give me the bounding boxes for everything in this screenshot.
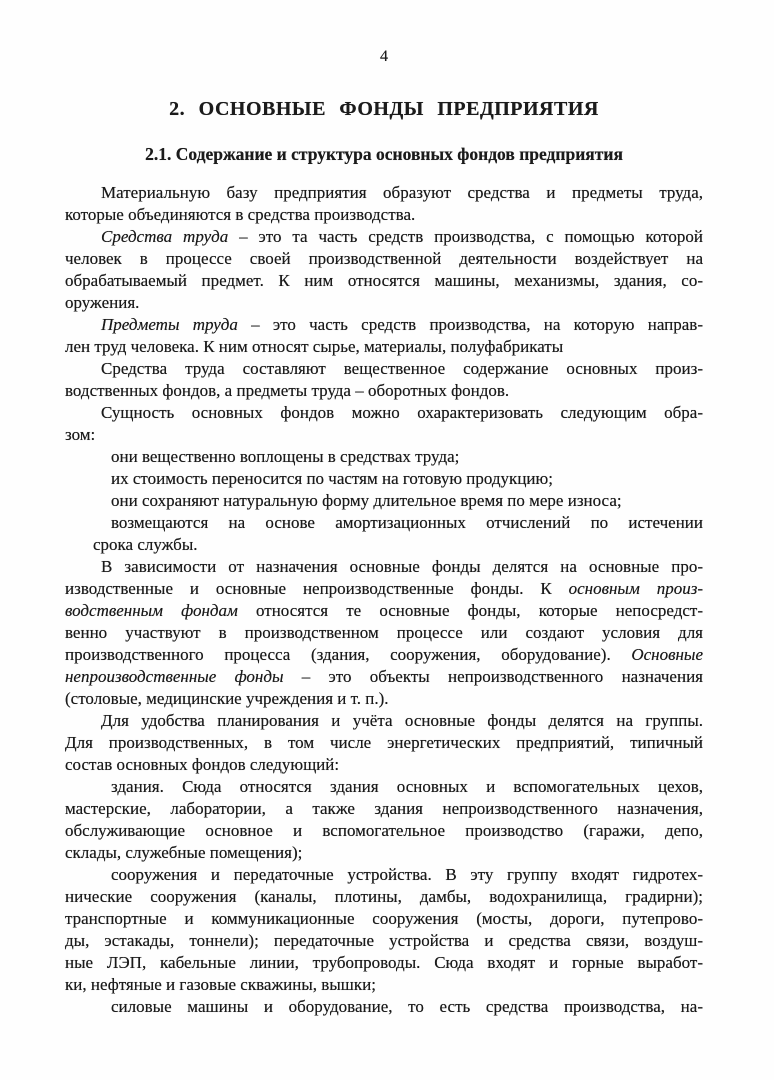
text-line: нические сооружения (каналы, плотины, да… [65,886,703,908]
text-line: Для производственных, в том числе энерге… [65,732,703,754]
text-line: мастерские, лаборатории, а также здания … [65,798,703,820]
list-item: сооружения и передаточные устройства. В … [65,864,703,996]
text-run: их стоимость переносится по частям на го… [111,469,553,488]
text-line: лен труд человека. К ним относят сырье, … [65,336,703,358]
text-run: ки, нефтяные и газовые скважины, вышки; [65,975,376,994]
text-run: относятся те основные фонды, которые неп… [238,601,703,620]
list-item: они вещественно воплощены в средствах тр… [65,446,703,468]
text-line: водственных фондов, а предметы труда – о… [65,380,703,402]
text-line: ды, эстакады, тоннели); передаточные уст… [65,930,703,952]
text-run: они сохраняют натуральную форму длительн… [111,491,622,510]
text-line: Предметы труда – это часть средств произ… [65,314,703,336]
italic-term: основным произ- [569,579,703,598]
text-run: обслуживающие основное и вспомогательное… [65,821,703,840]
italic-term: Предметы труда [101,315,238,334]
text-run: склады, служебные помещения); [65,843,302,862]
text-run: человек в процессе своей производственно… [65,249,703,268]
text-run: лен труд человека. К ним относят сырье, … [65,337,563,356]
page-number: 4 [65,46,703,68]
paragraph: Предметы труда – это часть средств произ… [65,314,703,358]
text-run: Для производственных, в том числе энерге… [65,733,703,752]
paragraph: Материальную базу предприятия образуют с… [65,182,703,226]
text-run: силовые машины и оборудование, то есть с… [111,997,703,1016]
text-line: которые объединяются в средства производ… [65,204,703,226]
text-run: Для удобства планирования и учёта основн… [101,711,703,730]
text-line: ки, нефтяные и газовые скважины, вышки; [65,974,703,996]
text-line: Материальную базу предприятия образуют с… [65,182,703,204]
text-line: оружения. [65,292,703,314]
text-line: Сущность основных фондов можно охарактер… [65,402,703,424]
text-run: Материальную базу предприятия образуют с… [101,183,703,202]
list-item: возмещаются на основе амортизационных от… [65,512,703,556]
text-line: зом: [65,424,703,446]
list-item: они сохраняют натуральную форму длительн… [65,490,703,512]
italic-term: Основные [631,645,703,664]
document-page: 4 2. ОСНОВНЫЕ ФОНДЫ ПРЕДПРИЯТИЯ 2.1. Сод… [0,0,774,1080]
text-line: водственным фондам относятся те основные… [65,600,703,622]
text-run: ды, эстакады, тоннели); передаточные уст… [65,931,703,950]
text-run: Сущность основных фондов можно охарактер… [101,403,703,422]
text-run: срока службы. [93,535,198,554]
text-run: состав основных фондов следующий: [65,755,339,774]
text-line: склады, служебные помещения); [65,842,703,864]
text-run: В зависимости от назначения основные фон… [101,557,703,576]
text-run: венно участвуют в производственном проце… [65,623,703,642]
text-run: которые объединяются в средства производ… [65,205,415,224]
italic-term: непроизводственные фонды [65,667,283,686]
paragraph: Сущность основных фондов можно охарактер… [65,402,703,446]
text-run: возмещаются на основе амортизационных от… [111,513,703,532]
text-run: зом: [65,425,95,444]
italic-term: водственным фондам [65,601,238,620]
list-item: здания. Сюда относятся здания основных и… [65,776,703,864]
text-run: водственных фондов, а предметы труда – о… [65,381,509,400]
text-line: они сохраняют натуральную форму длительн… [65,490,703,512]
text-line: производственного процесса (здания, соор… [65,644,703,666]
text-line: Средства труда составляют вещественное с… [65,358,703,380]
text-run: обрабатываемый предмет. К ним относятся … [65,271,703,290]
text-run: производственного процесса (здания, соор… [65,645,631,664]
italic-term: Средства труда [101,227,228,246]
chapter-heading: 2. ОСНОВНЫЕ ФОНДЫ ПРЕДПРИЯТИЯ [65,96,703,122]
text-line: Средства труда – это та часть средств пр… [65,226,703,248]
text-run: мастерские, лаборатории, а также здания … [65,799,703,818]
text-line: их стоимость переносится по частям на го… [65,468,703,490]
text-line: обслуживающие основное и вспомогательное… [65,820,703,842]
text-line: возмещаются на основе амортизационных от… [65,512,703,534]
paragraph: Для удобства планирования и учёта основн… [65,710,703,776]
text-run: Средства труда составляют вещественное с… [101,359,703,378]
text-line: изводственные и основные непроизводствен… [65,578,703,600]
text-run: сооружения и передаточные устройства. В … [111,865,703,884]
text-line: силовые машины и оборудование, то есть с… [65,996,703,1018]
text-line: (столовые, медицинские учреждения и т. п… [65,688,703,710]
list-item: их стоимость переносится по частям на го… [65,468,703,490]
page-body: Материальную базу предприятия образуют с… [65,182,703,1018]
text-run: изводственные и основные непроизводствен… [65,579,569,598]
text-run: – это часть средств производства, на кот… [238,315,703,334]
text-run: – это та часть средств производства, с п… [228,227,703,246]
text-line: состав основных фондов следующий: [65,754,703,776]
text-line: ные ЛЭП, кабельные линии, трубопроводы. … [65,952,703,974]
text-line: они вещественно воплощены в средствах тр… [65,446,703,468]
paragraph: Средства труда – это та часть средств пр… [65,226,703,314]
paragraph: В зависимости от назначения основные фон… [65,556,703,710]
section-heading: 2.1. Содержание и структура основных фон… [65,142,703,166]
text-line: В зависимости от назначения основные фон… [65,556,703,578]
text-line: здания. Сюда относятся здания основных и… [65,776,703,798]
text-line: сооружения и передаточные устройства. В … [65,864,703,886]
text-run: (столовые, медицинские учреждения и т. п… [65,689,389,708]
text-line: непроизводственные фонды – это объекты н… [65,666,703,688]
text-line: венно участвуют в производственном проце… [65,622,703,644]
text-line: транспортные и коммуникационные сооружен… [65,908,703,930]
text-run: оружения. [65,293,139,312]
paragraph: Средства труда составляют вещественное с… [65,358,703,402]
text-line: обрабатываемый предмет. К ним относятся … [65,270,703,292]
list-item: силовые машины и оборудование, то есть с… [65,996,703,1018]
text-line: срока службы. [65,534,703,556]
text-run: нические сооружения (каналы, плотины, да… [65,887,703,906]
text-run: – это объекты непроизводственного назнач… [283,667,703,686]
text-run: ные ЛЭП, кабельные линии, трубопроводы. … [65,953,703,972]
text-line: Для удобства планирования и учёта основн… [65,710,703,732]
text-run: здания. Сюда относятся здания основных и… [111,777,703,796]
text-run: они вещественно воплощены в средствах тр… [111,447,459,466]
text-line: человек в процессе своей производственно… [65,248,703,270]
text-run: транспортные и коммуникационные сооружен… [65,909,703,928]
